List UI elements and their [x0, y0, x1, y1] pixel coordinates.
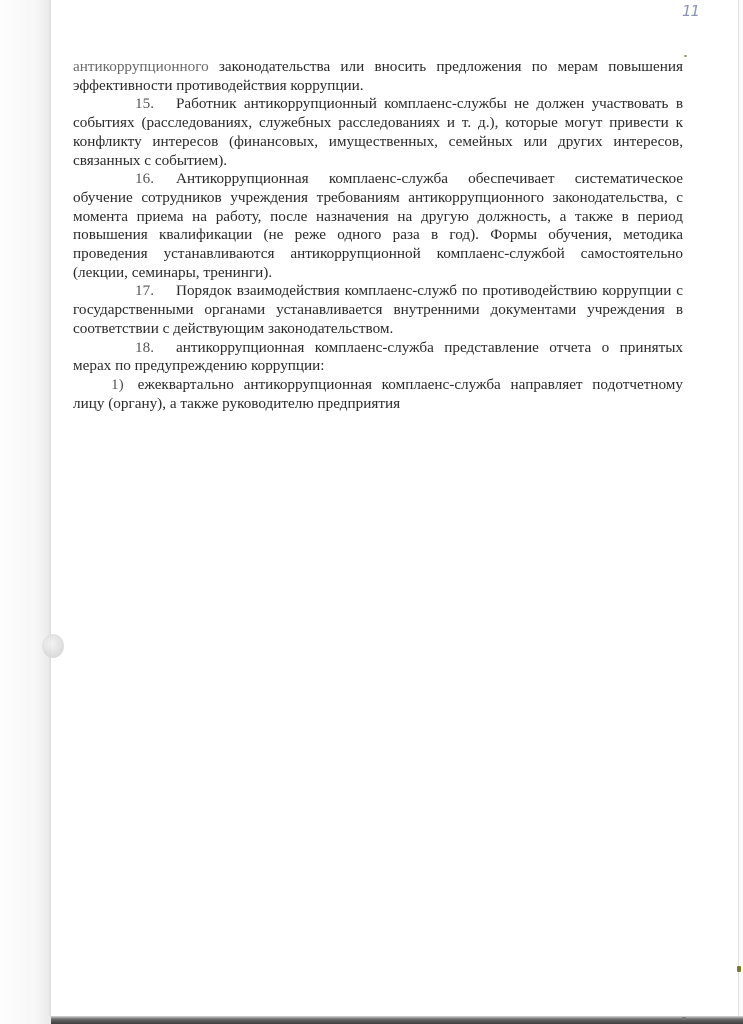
paragraph-text: ежеквартально антикоррупционная комплаен… — [73, 376, 683, 412]
paragraph-lead: антикоррупционного — [73, 58, 209, 75]
document-body: антикоррупционного законодательства или … — [73, 58, 683, 413]
scan-speck — [737, 966, 741, 972]
paragraph-text: антикоррупционная комплаенс-служба предс… — [73, 339, 683, 375]
paragraph-item-18: 18.антикоррупционная комплаенс-служба пр… — [73, 339, 683, 376]
item-number: 15. — [104, 95, 154, 114]
paragraph-continuation: антикоррупционного законодательства или … — [73, 58, 683, 95]
scan-background-left — [0, 0, 51, 1024]
scan-speck — [682, 1017, 686, 1020]
paragraph-text: Порядок взаимодействия комплаенс-служб п… — [73, 282, 683, 336]
paragraph-text: Работник антикоррупционный комплаенс-слу… — [73, 95, 683, 168]
item-number: 1) — [92, 376, 124, 395]
paragraph-text: Антикоррупционная комплаенс-служба обесп… — [73, 170, 683, 281]
punch-hole-mark — [42, 634, 64, 658]
item-number: 16. — [104, 170, 154, 189]
paragraph-item-16: 16.Антикоррупционная комплаенс-служба об… — [73, 170, 683, 282]
paragraph-item-18-1: 1)ежеквартально антикоррупционная компла… — [73, 376, 683, 413]
paragraph-item-15: 15.Работник антикоррупционный комплаенс-… — [73, 95, 683, 170]
page-bottom-edge — [51, 1016, 743, 1024]
item-number: 17. — [104, 282, 154, 301]
scan-speck — [684, 55, 687, 57]
paragraph-item-17: 17.Порядок взаимодействия комплаенс-служ… — [73, 282, 683, 338]
handwritten-page-number: 11 — [682, 2, 699, 20]
item-number: 18. — [104, 339, 154, 358]
